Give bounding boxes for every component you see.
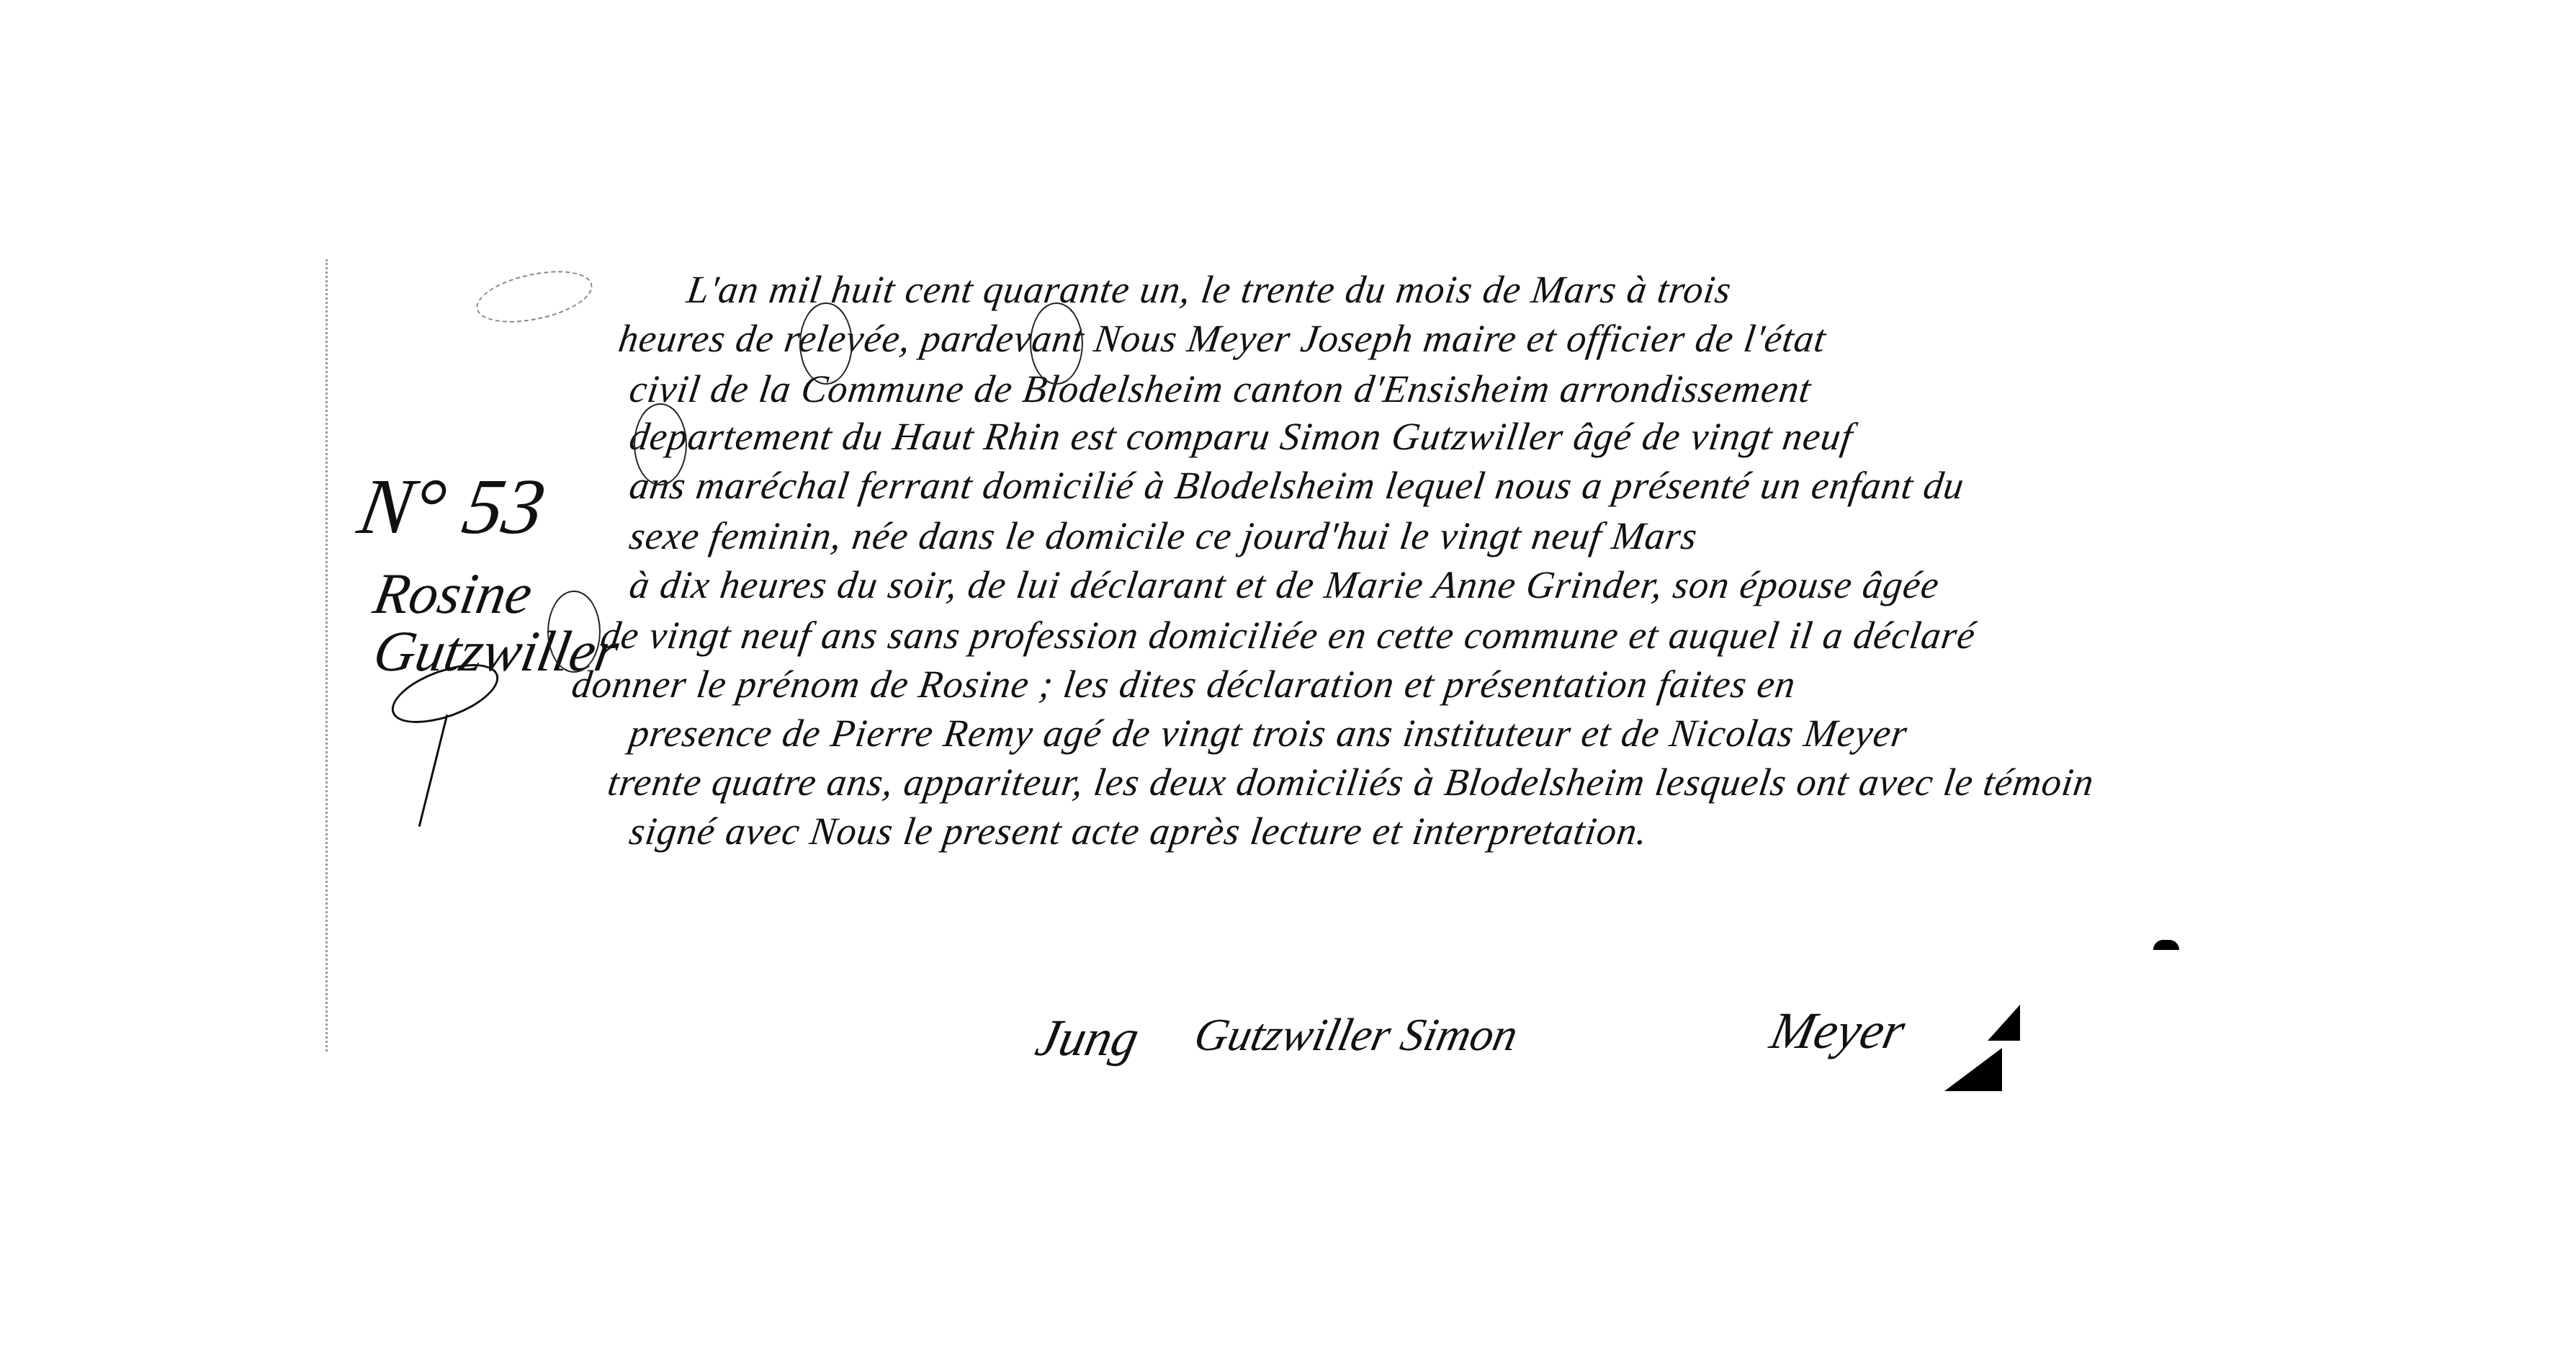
record-line-11: trente quatre ans, appariteur, les deux …: [605, 759, 2097, 805]
record-line-6: sexe feminin, née dans le domicile ce jo…: [627, 513, 1700, 559]
record-line-4: departement du Haut Rhin est comparu Sim…: [627, 413, 1856, 459]
opening-flourish-icon: [472, 262, 597, 332]
signature-witness: Jung: [1031, 1008, 1144, 1068]
record-line-1: L'an mil huit cent quarante un, le trent…: [684, 266, 1734, 313]
ink-blot-artifact: [2153, 940, 2179, 950]
capital-loop-icon: [547, 591, 601, 673]
record-line-10: presence de Pierre Remy agé de vingt tro…: [627, 710, 1911, 756]
record-line-12: signé avec Nous le present acte après le…: [627, 808, 1651, 854]
capital-loop-icon: [1030, 302, 1083, 385]
margin-first-name: Rosine: [369, 562, 537, 627]
signature-declarant: Gutzwiller Simon: [1190, 1008, 1522, 1062]
record-line-7: à dix heures du soir, de lui déclarant e…: [627, 562, 1942, 608]
entry-number: N° 53: [352, 461, 552, 552]
capital-loop-icon: [634, 403, 687, 485]
record-line-5: ans maréchal ferrant domicilié à Blodels…: [627, 462, 1967, 508]
ink-blot-artifact: [1988, 1005, 2020, 1041]
signature-mayor: Meyer: [1765, 1001, 1911, 1061]
ink-blot-artifact: [1944, 1048, 2002, 1091]
page-left-border: [326, 259, 328, 1052]
record-line-8: de vingt neuf ans sans profession domici…: [598, 612, 1979, 658]
record-line-3: civil de la Commune de Blodelsheim canto…: [627, 366, 1814, 412]
capital-loop-icon: [799, 302, 853, 385]
record-line-9: donner le prénom de Rosine ; les dites d…: [569, 661, 1799, 707]
record-line-2: heures de relevée, pardevant Nous Meyer …: [616, 315, 1829, 362]
scanned-document-page: N° 53 Rosine Gutzwiller L'an mil huit ce…: [0, 0, 2576, 1354]
margin-flourish-stroke-icon: [418, 714, 449, 827]
